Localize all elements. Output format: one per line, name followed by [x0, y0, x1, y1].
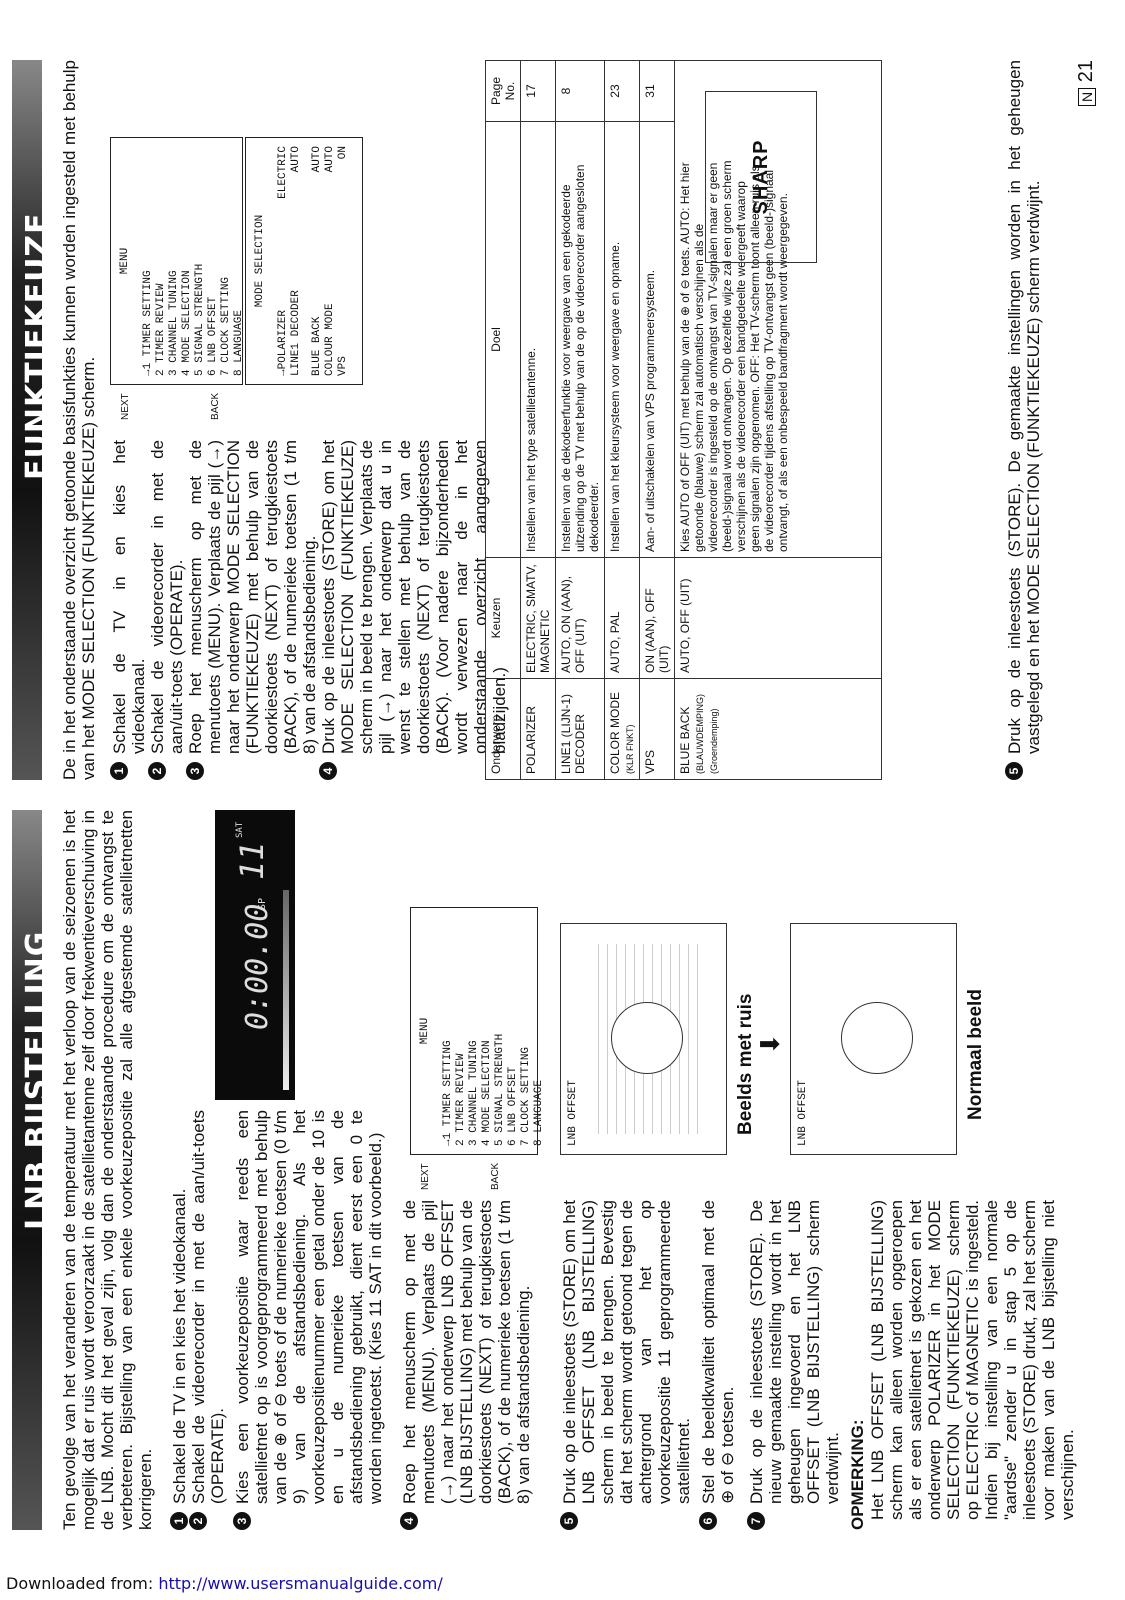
- sharp-logo: SHARP: [750, 140, 773, 215]
- table-header-row: Onderwerp Keuzen Doel Page No.: [486, 61, 521, 780]
- noisy-picture-screen: LNB OFFSET: [560, 923, 727, 1155]
- step-3: 3Roep het menuscherm op met de menutoets…: [186, 440, 319, 780]
- section-header-bar: FUNKTIEKEUZE: [12, 60, 42, 780]
- normal-caption: Normaal beeld: [965, 989, 987, 1120]
- step-6: 6Stel de beeldkwaliteit optimaal met de …: [699, 1200, 737, 1530]
- arrow-down-icon: ⬇: [755, 1033, 786, 1055]
- mode-selection-panel: FUNKTIEKEUZE De in het onderstaande over…: [0, 60, 1125, 780]
- steps-list-1: 1Schakel de TV in en kies het videokanaa…: [170, 1110, 385, 1530]
- cartoon-figure-icon: [611, 1002, 683, 1074]
- final-step: 5Druk op de inleestoets (STORE). De gema…: [1005, 60, 1043, 780]
- section-header-bar: LNB BIJSTELLING: [12, 810, 42, 1530]
- mode-row: BLUE BACKAUTO: [311, 146, 324, 376]
- table-row: POLARIZER ELECTRIC, SMATV, MAGNETIC Inst…: [521, 61, 556, 780]
- mode-row: VPSON: [337, 146, 350, 376]
- mode-row: LINE1 DECODERAUTO: [290, 146, 303, 376]
- steps-list-2: 4Roep het menuscherm op met de menutoets…: [400, 1200, 533, 1530]
- source-link[interactable]: http://www.usersmanualguide.com/: [158, 1574, 442, 1593]
- rotated-manual-sheet: LNB BIJSTELLING Ten gevolge van het vera…: [0, 0, 1125, 1600]
- table-row: BLUE BACK(BLAUWDEMPING) (Groendemping) A…: [675, 61, 882, 780]
- step-2: 2Schakel de videorecorder in met de aan/…: [148, 440, 186, 780]
- intro-paragraph: De in het onderstaande overzicht getoond…: [60, 60, 98, 780]
- mode-selection-screen: MODE SELECTION →POLARIZERELECTRIC LINE1 …: [245, 137, 363, 385]
- step-5: 5Druk op de inleestoets (STORE) om het L…: [560, 1200, 693, 1530]
- step-1: 1Schakel de TV in en kies het videokanaa…: [110, 440, 148, 780]
- table-row: VPS ON (AAN), OFF (UIT) Aan- of uitschak…: [640, 61, 675, 780]
- vcr-lcd-display: 0:00.00 SP 11 SAT: [215, 810, 295, 1100]
- step-4: 4Roep het menuscherm op met de menutoets…: [400, 1200, 533, 1530]
- noisy-caption: Beelds met ruis: [735, 994, 757, 1136]
- steps-list: 1Schakel de TV in en kies het videokanaa…: [110, 440, 509, 780]
- menu-screen: MENU →1 TIMER SETTING 2 TIMER REVIEW 3 C…: [110, 137, 243, 385]
- step-7: 7Druk op de inleestoets (STORE). De nieu…: [747, 1200, 842, 1530]
- step-1: 1Schakel de TV in en kies het videokanaa…: [170, 1110, 189, 1530]
- next-label: NEXT: [120, 393, 131, 420]
- blue-back-screen: SHARP: [705, 91, 817, 263]
- menu-screen: MENU →1 TIMER SETTING 2 TIMER REVIEW 3 C…: [410, 907, 538, 1155]
- step-3: 3Kies een voorkeuzepositie waar reeds ee…: [233, 1110, 385, 1530]
- mode-row: COLOUR MODEAUTO: [324, 146, 337, 376]
- step-2: 2Schakel de videorecorder in met de aan/…: [189, 1110, 227, 1530]
- note-text: Het LNB OFFSET (LNB BIJSTELLING) scherm …: [868, 1200, 1077, 1530]
- cartoon-figure-icon: [841, 1002, 913, 1074]
- back-label: BACK: [490, 1163, 501, 1190]
- back-label: BACK: [210, 393, 221, 420]
- table-row: LINE1 (LIJN-1) DECODER AUTO, ON (AAN), O…: [556, 61, 605, 780]
- table-row: COLOR MODE(KLR FNKT) AUTO, PAL Instellen…: [605, 61, 640, 780]
- section-title: FUNKTIEKEUZE: [20, 212, 55, 480]
- step-4: 4Druk op de inleestoets (STORE) om het M…: [319, 440, 509, 780]
- mode-row: →POLARIZERELECTRIC: [277, 146, 290, 376]
- lnb-offset-panel: LNB BIJSTELLING Ten gevolge van het vera…: [0, 810, 1125, 1530]
- signal-meter: [283, 890, 289, 1090]
- intro-paragraph: Ten gevolge van het veranderen van de te…: [60, 810, 155, 1530]
- mode-table: Onderwerp Keuzen Doel Page No. POLARIZER…: [485, 60, 882, 780]
- normal-picture-screen: LNB OFFSET: [790, 923, 957, 1155]
- section-title: LNB BIJSTELLING: [20, 931, 55, 1230]
- step-5: 5Druk op de inleestoets (STORE). De gema…: [1005, 60, 1043, 780]
- note-title: OPMERKING:: [848, 1200, 868, 1530]
- next-label: NEXT: [420, 1163, 431, 1190]
- steps-list-3: 5Druk op de inleestoets (STORE) om het L…: [560, 1200, 1077, 1530]
- page-number: N 21: [1075, 60, 1098, 106]
- download-footer: Downloaded from: http://www.usersmanualg…: [6, 1574, 443, 1593]
